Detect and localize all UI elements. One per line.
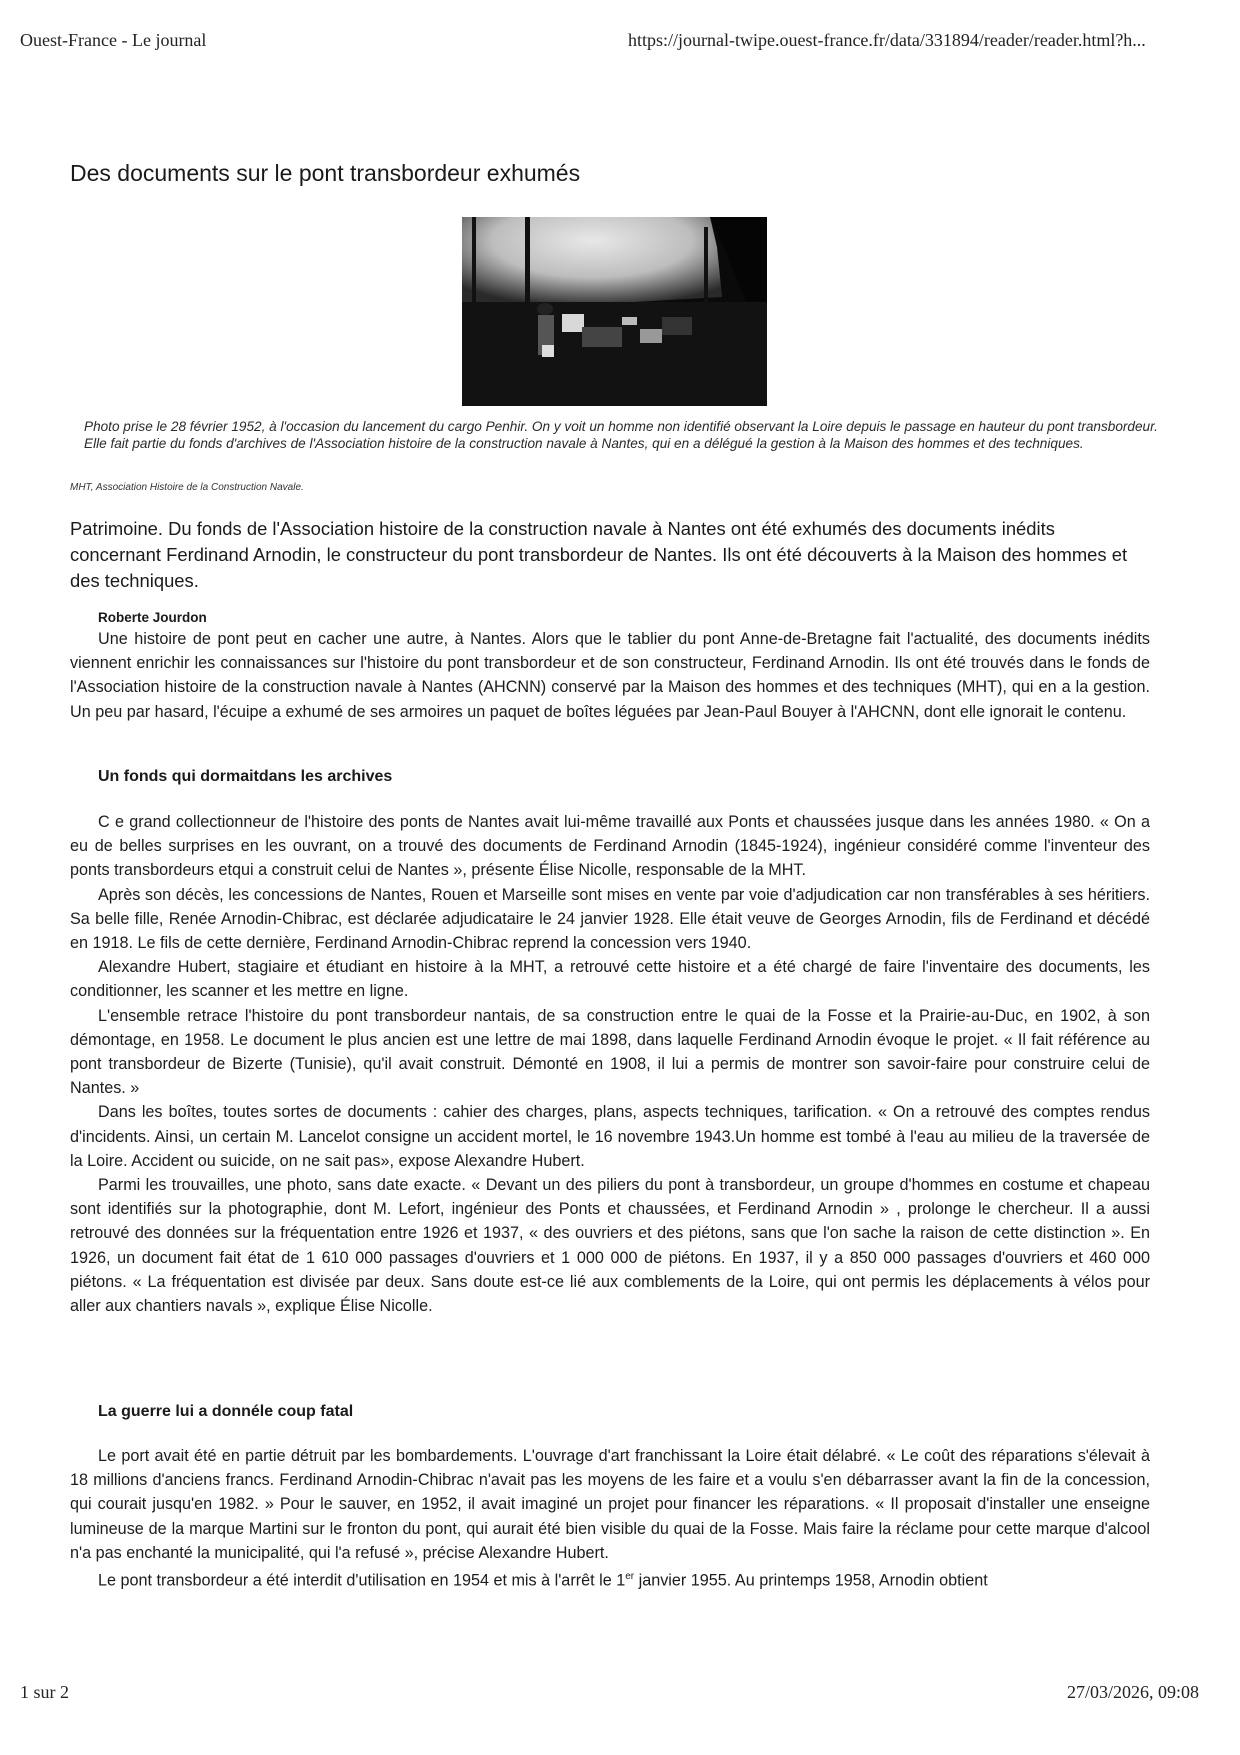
section-heading-2: La guerre lui a donnéle coup fatal bbox=[98, 1403, 353, 1421]
section-heading-1: Un fonds qui dormaitdans les archives bbox=[98, 768, 392, 786]
author-byline: Roberte Jourdon bbox=[98, 610, 207, 625]
article-photo bbox=[462, 217, 767, 406]
intro-paragraph: Une histoire de pont peut en cacher une … bbox=[70, 627, 1150, 724]
photo-caption: Photo prise le 28 février 1952, à l'occa… bbox=[84, 418, 1159, 452]
section-2-body: Le port avait été en partie détruit par … bbox=[70, 1444, 1150, 1593]
text-before-sup: Le pont transbordeur a été interdit d'ut… bbox=[98, 1571, 625, 1589]
site-title: Ouest-France - Le journal bbox=[20, 30, 206, 51]
article-lead: Patrimoine. Du fonds de l'Association hi… bbox=[70, 516, 1150, 594]
text-after-sup: janvier 1955. Au printemps 1958, Arnodin… bbox=[634, 1571, 988, 1589]
article-title: Des documents sur le pont transbordeur e… bbox=[70, 160, 580, 187]
paragraph: L'ensemble retrace l'histoire du pont tr… bbox=[70, 1004, 1150, 1101]
photo-image-icon bbox=[462, 217, 767, 406]
lead-kicker: Patrimoine. bbox=[70, 518, 163, 539]
paragraph: Parmi les trouvailles, une photo, sans d… bbox=[70, 1173, 1150, 1318]
lead-text: Du fonds de l'Association histoire de la… bbox=[70, 518, 1127, 591]
paragraph: Dans les boîtes, toutes sortes de docume… bbox=[70, 1100, 1150, 1173]
ordinal-sup: er bbox=[625, 1571, 634, 1582]
page-number: 1 sur 2 bbox=[20, 1682, 69, 1703]
paragraph: Après son décès, les concessions de Nant… bbox=[70, 883, 1150, 956]
photo-credit: MHT, Association Histoire de la Construc… bbox=[70, 482, 304, 493]
page-url: https://journal-twipe.ouest-france.fr/da… bbox=[628, 30, 1146, 51]
paragraph: Le port avait été en partie détruit par … bbox=[70, 1444, 1150, 1565]
paragraph-last: Le pont transbordeur a été interdit d'ut… bbox=[70, 1565, 1150, 1593]
section-1-body: C e grand collectionneur de l'histoire d… bbox=[70, 810, 1150, 1318]
paragraph: Alexandre Hubert, stagiaire et étudiant … bbox=[70, 955, 1150, 1003]
print-datetime: 27/03/2026, 09:08 bbox=[1067, 1682, 1199, 1703]
paragraph: C e grand collectionneur de l'histoire d… bbox=[70, 810, 1150, 883]
intro-block: Une histoire de pont peut en cacher une … bbox=[70, 627, 1150, 724]
